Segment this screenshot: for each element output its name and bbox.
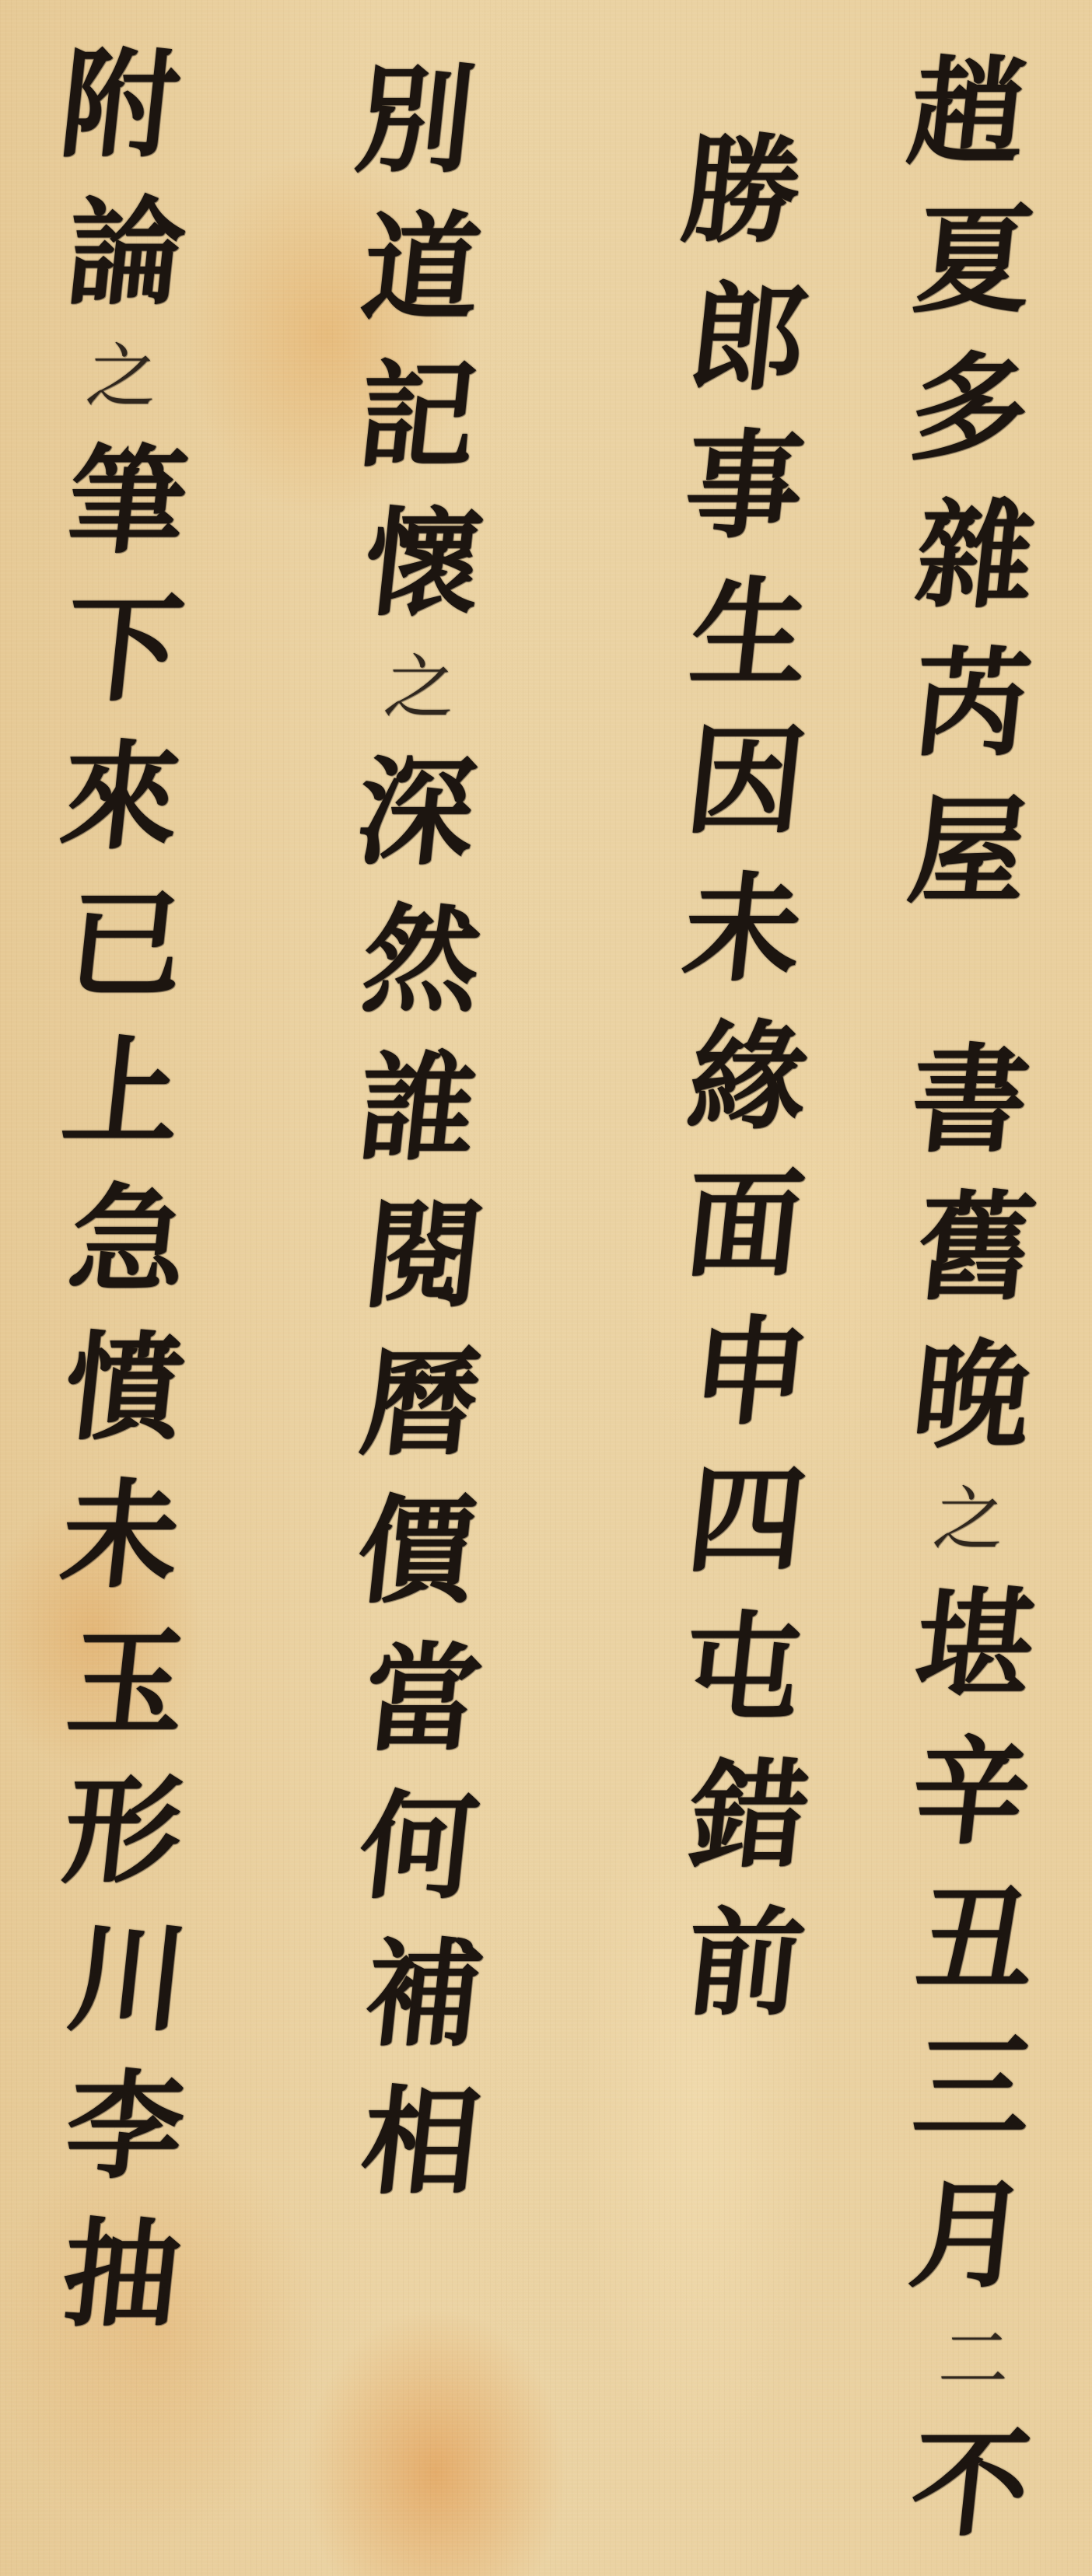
- calligraphy-glyph: 筆: [63, 443, 192, 560]
- calligraphy-glyph: 已: [61, 886, 191, 1003]
- calligraphy-glyph: 之: [930, 1485, 1007, 1555]
- calligraphy-glyph: 未: [678, 871, 807, 987]
- calligraphy-glyph: 多: [905, 350, 1034, 467]
- calligraphy-glyph: 急: [64, 1182, 193, 1298]
- calligraphy-glyph: 懷: [359, 505, 488, 622]
- calligraphy-glyph: 雜: [911, 498, 1040, 614]
- calligraphy-glyph: 形: [58, 1773, 187, 1889]
- calligraphy-glyph: 何: [354, 1788, 483, 1905]
- calligraphy-column-3: 別道記懷之深然誰閱曆價當何補相: [362, 62, 478, 2232]
- calligraphy-glyph: 價: [352, 1493, 481, 1610]
- calligraphy-glyph: 丑: [912, 1882, 1041, 1998]
- calligraphy-column-2: 勝郎事生因未緣面申四屯錯前: [688, 132, 805, 2053]
- calligraphy-glyph: 面: [681, 1166, 810, 1283]
- calligraphy-glyph: 芮: [908, 645, 1037, 762]
- calligraphy-glyph: 曆: [355, 1345, 485, 1462]
- calligraphy-glyph: 三: [908, 2029, 1038, 2146]
- calligraphy-glyph: 玉: [62, 1625, 191, 1742]
- calligraphy-glyph: 緣: [684, 1019, 813, 1135]
- calligraphy-glyph: 然: [357, 902, 486, 1019]
- calligraphy-glyph: 道: [357, 210, 486, 327]
- calligraphy-glyph: 申: [686, 1314, 815, 1431]
- calligraphy-glyph: 二: [936, 2325, 1013, 2395]
- calligraphy-glyph: 月: [905, 2177, 1034, 2294]
- calligraphy-glyph: [970, 941, 977, 1011]
- calligraphy-glyph: 附: [56, 47, 185, 163]
- calligraphy-column-4: 附論之筆下來已上急憤未玉形川李抽: [66, 47, 183, 2364]
- calligraphy-glyph: 之: [83, 342, 160, 412]
- calligraphy-glyph: 閱: [359, 1197, 488, 1314]
- calligraphy-glyph: 事: [680, 428, 809, 544]
- calligraphy-glyph: 郎: [684, 280, 813, 397]
- calligraphy-glyph: 未: [57, 1477, 186, 1594]
- calligraphy-glyph: 生: [685, 575, 814, 692]
- calligraphy-glyph: 憤: [60, 1330, 189, 1446]
- calligraphy-glyph: 抽: [57, 2216, 186, 2333]
- calligraphy-glyph: 來: [56, 739, 185, 855]
- calligraphy-glyph: 書: [906, 1042, 1035, 1159]
- calligraphy-glyph: 趙: [904, 54, 1033, 171]
- calligraphy-glyph: 論: [61, 194, 191, 311]
- calligraphy-glyph: 辛: [906, 1734, 1035, 1851]
- calligraphy-glyph: 李: [61, 2068, 190, 2185]
- calligraphy-glyph: 上: [58, 1034, 187, 1151]
- calligraphy-column-1: 趙夏多雜芮屋書舊晚之堪辛丑三月二不: [914, 54, 1031, 2574]
- calligraphy-glyph: 相: [356, 2084, 485, 2200]
- calligraphy-glyph: 堪: [910, 1586, 1039, 1703]
- calligraphy-glyph: 之: [381, 653, 458, 723]
- calligraphy-glyph: 別: [352, 62, 481, 179]
- calligraphy-glyph: 屯: [679, 1610, 808, 1726]
- calligraphy-glyph: 夏: [909, 202, 1038, 319]
- calligraphy-glyph: 錯: [684, 1757, 814, 1874]
- calligraphy-glyph: 因: [682, 723, 811, 840]
- calligraphy-glyph: 記: [353, 358, 482, 474]
- calligraphy-glyph: 補: [359, 1936, 488, 2053]
- calligraphy-glyph: 不: [907, 2426, 1036, 2543]
- calligraphy-glyph: 川: [64, 1921, 193, 2037]
- calligraphy-glyph: 屋: [904, 793, 1033, 910]
- calligraphy-glyph: 當: [358, 1641, 487, 1757]
- calligraphy-glyph: 深: [352, 754, 481, 871]
- calligraphy-glyph: 勝: [678, 132, 807, 249]
- calligraphy-glyph: 誰: [354, 1050, 483, 1166]
- calligraphy-glyph: 晚: [908, 1337, 1037, 1454]
- calligraphy-glyph: 四: [682, 1462, 811, 1578]
- calligraphy-paper: 趙夏多雜芮屋書舊晚之堪辛丑三月二不 勝郎事生因未緣面申四屯錯前 別道記懷之深然誰…: [0, 0, 1092, 2576]
- calligraphy-glyph: 下: [60, 591, 189, 708]
- calligraphy-glyph: 前: [681, 1905, 810, 2022]
- calligraphy-glyph: 舊: [912, 1190, 1041, 1306]
